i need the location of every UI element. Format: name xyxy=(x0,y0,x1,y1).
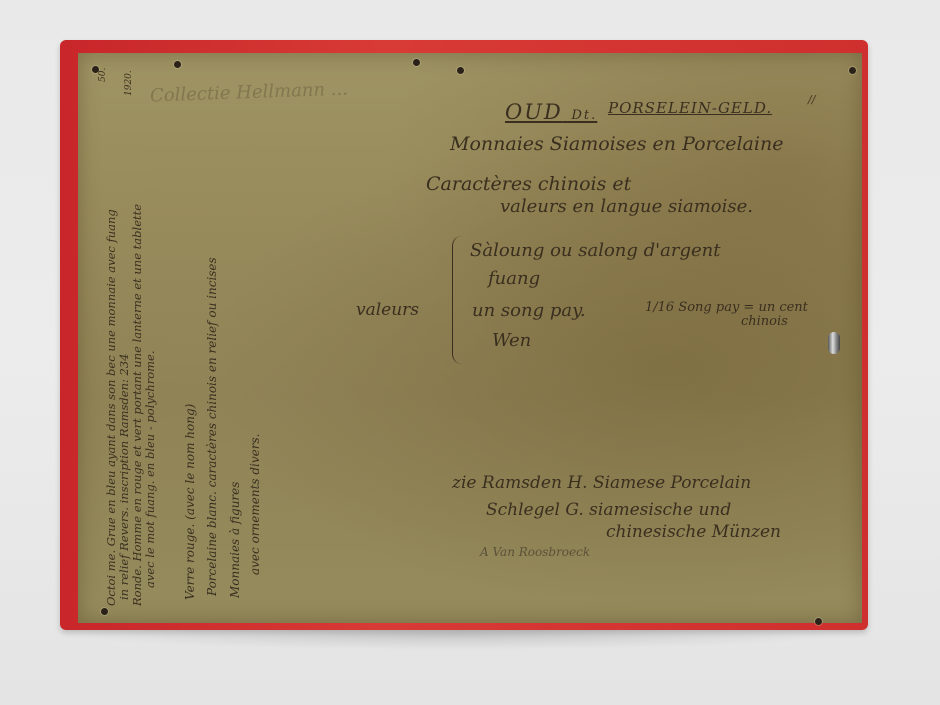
heading-caracteres: Caractères chinois et xyxy=(426,173,631,195)
nail-hole xyxy=(101,608,108,615)
values-label: valeurs xyxy=(356,300,419,320)
value-item: Wen xyxy=(492,330,531,351)
signature: A Van Roosbroeck xyxy=(480,545,590,559)
reference-schlegel: Schlegel G. siamesische und xyxy=(486,500,731,520)
song-pay-note: 1/16 Song pay = un cent xyxy=(645,300,808,315)
metal-clip xyxy=(828,332,840,354)
title-oud: OUD Dt. xyxy=(505,100,597,124)
side-note-line: avec le mot fuang. en bleu - polychrome. xyxy=(143,350,157,588)
side-note-line: Porcelaine blanc. caractères chinois en … xyxy=(205,257,219,596)
corner-mark: // xyxy=(808,93,815,106)
value-item: un song pay. xyxy=(472,300,586,321)
nail-hole xyxy=(413,59,420,66)
value-item: Sàloung ou salong d'argent xyxy=(470,240,720,261)
side-note-line: Ronde. Homme en rouge et vert portant un… xyxy=(130,204,144,606)
nail-hole xyxy=(174,61,181,68)
reference-schlegel-2: chinesische Münzen xyxy=(606,522,781,542)
nail-hole xyxy=(815,618,822,625)
nail-hole xyxy=(457,67,464,74)
reference-ramsden: zie Ramsden H. Siamese Porcelain xyxy=(452,473,751,493)
heading-monnaies: Monnaies Siamoises en Porcelaine xyxy=(450,133,783,155)
side-note-line: Monnaies à figures xyxy=(228,482,242,598)
side-note-line: in relief Revers. inscription Ramsden: 2… xyxy=(117,354,131,600)
side-note-line: Verre rouge. (avec le nom hong) xyxy=(183,404,197,600)
title-porselein-geld: PORSELEIN-GELD. xyxy=(608,99,772,117)
side-number: 50. xyxy=(98,68,108,82)
curly-brace xyxy=(452,236,463,364)
side-number: 1920. xyxy=(124,70,134,96)
side-note-line: avec ornements divers. xyxy=(248,434,262,575)
nail-hole xyxy=(849,67,856,74)
value-item: fuang xyxy=(488,268,540,289)
song-pay-note-2: chinois xyxy=(741,314,788,329)
side-note-line: Octoi me. Grue en bleu ayant dans son be… xyxy=(104,209,118,606)
heading-valeurs-langue: valeurs en langue siamoise. xyxy=(500,196,753,217)
